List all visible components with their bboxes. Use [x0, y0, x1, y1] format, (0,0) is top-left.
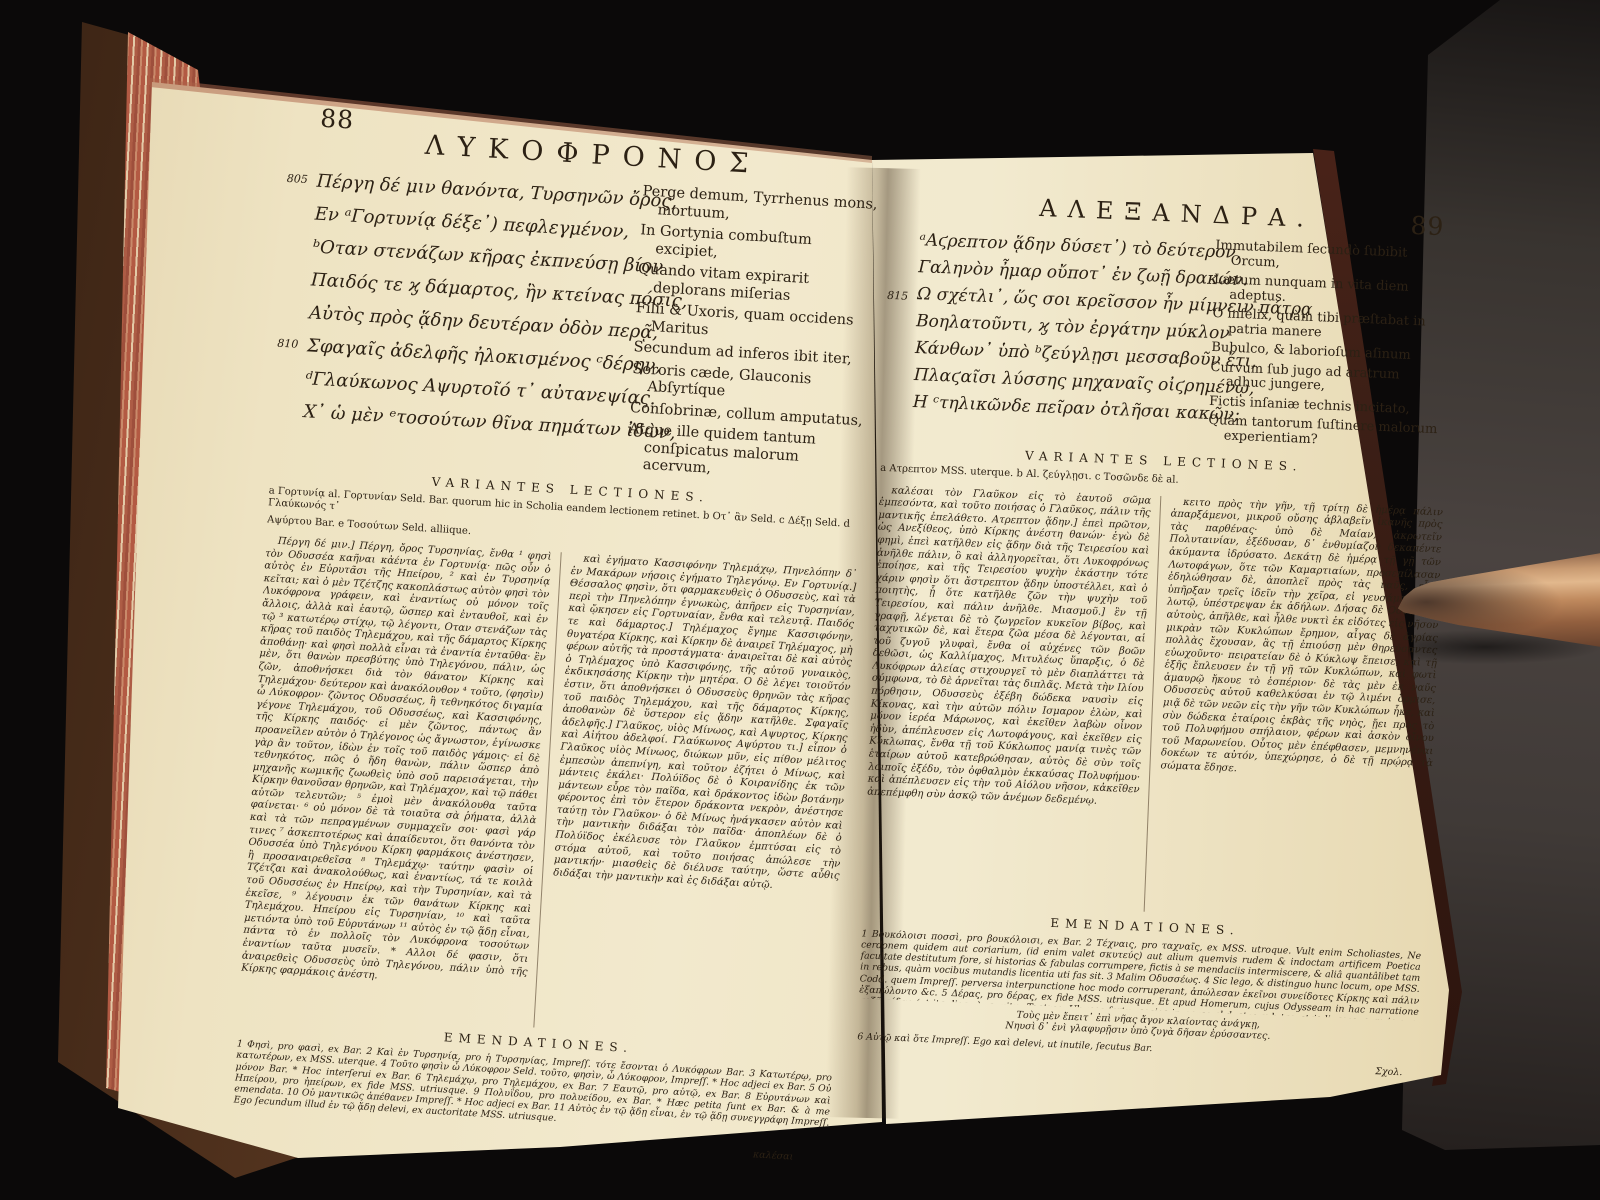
verse-line-number — [882, 388, 913, 416]
latin-translation-column: Immutabilem ſecundò ſubibit Orcum, Lætum… — [1207, 239, 1445, 457]
verse-line-number — [885, 334, 916, 362]
verse-block: ᵃΑϛρεπτον ᾅδην δύσετ᾽) τὸ δεύτερον, Γαλη… — [882, 226, 1450, 457]
verse-line-number — [274, 361, 306, 396]
latin-verse-text: Quàm tantorum ſuſtinere malorum experien… — [1207, 414, 1438, 453]
page-number: 88 — [319, 104, 354, 135]
greek-verse-column: ᵃΑϛρεπτον ᾅδην δύσετ᾽) τὸ δεύτερον, Γαλη… — [882, 226, 1206, 448]
greek-verse-column: 805Πέργη δέ μιν θανόντα, Τυρσηνῶν ὄρος, … — [271, 163, 633, 477]
scholia-column-2: καὶ ἐγήματο Κασσιφόνην Τηλεμάχῳ, Πηνελόπ… — [533, 552, 857, 1044]
verse-line-number — [280, 262, 312, 297]
page-number: 89 — [1410, 211, 1445, 241]
verse-line-number: 810 — [276, 328, 308, 363]
scholia-column-1: καλέσαι τὸν Γλαῦκον εἰς τὸ ἑαυτοῦ σῶμα ἐ… — [863, 484, 1160, 911]
latin-verse-text: Immutabilem ſecundò ſubibit Orcum, — [1214, 239, 1445, 278]
verse-block: 805Πέργη δέ μιν θανόντα, Τυρσηνῶν ὄρος, … — [271, 163, 883, 491]
verse-line-number — [278, 295, 310, 330]
latin-verse-text: Curvum ſub jugo ad aratrum adhuc jungere… — [1210, 361, 1441, 400]
verse-line-number: 815 — [887, 280, 918, 308]
verse-line-number — [284, 196, 316, 231]
photo-of-open-antique-book: 88 ΛΥΚΟΦΡΟΝΟΣ 805Πέργη δέ μιν θανόντα, Τ… — [0, 0, 1600, 1200]
verse-line-number — [883, 361, 914, 389]
verse-line-number: 805 — [286, 163, 318, 198]
verse-line-number — [889, 226, 920, 254]
latin-translation-column: Perge demum, Tyrrhenus mons, mortuum, In… — [626, 183, 879, 491]
left-page-content: 88 ΛΥΚΟΦΡΟΝΟΣ 805Πέργη δέ μιν θανόντα, Τ… — [235, 88, 887, 1105]
scholia-column-1: Πέργη δέ μιν.] Πέργη, ὄρος Τυρσηνίας, ἔν… — [239, 535, 561, 1027]
right-page-content: 89 ΑΛΕΞΑΝΔΡΑ. ᵃΑϛρεπτον ᾅδην δύσετ᾽) τὸ … — [858, 150, 1453, 1056]
latin-verse-text: Lætum nunquam in vita diem adeptus. — [1213, 273, 1444, 312]
scholia-block: καλέσαι τὸν Γλαῦκον εἰς τὸ ἑαυτοῦ σῶμα ἐ… — [863, 484, 1439, 922]
verse-line-number — [886, 307, 917, 335]
scholia-column-2: κειτο πρὸς τὴν γῆν, τῇ τρίτῃ δὲ ἡμέρᾳ πά… — [1144, 496, 1443, 923]
verse-line-number — [272, 393, 304, 428]
verse-line-number — [888, 253, 919, 281]
scholia-block: Πέργη δέ μιν.] Πέργη, ὄρος Τυρσηνίας, ἔν… — [239, 535, 861, 1045]
verse-line-number — [282, 229, 314, 264]
latin-verse-text: O infelix, quàm tibi præſtabat in patria… — [1212, 307, 1443, 346]
latin-verse-text: Atque ille quidem tantum conſpicatus mal… — [626, 421, 865, 487]
